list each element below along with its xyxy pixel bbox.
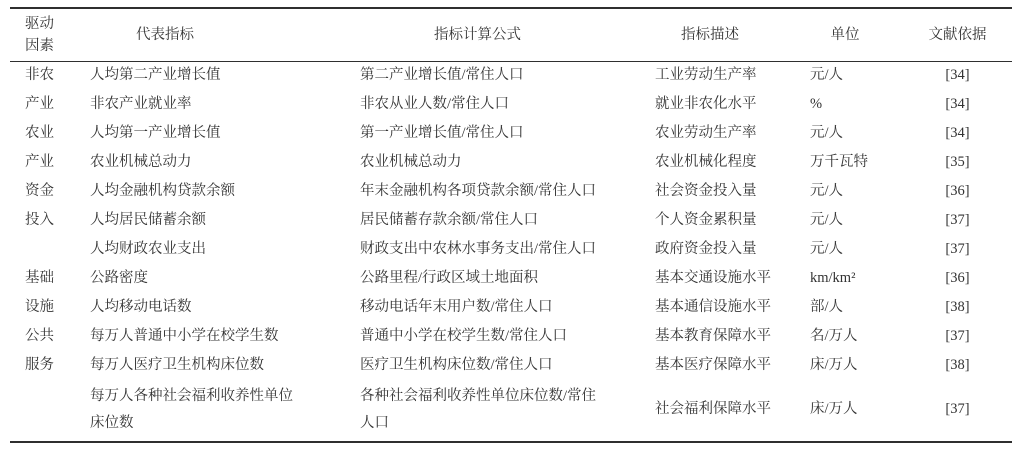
table-row: 设施 人均移动电话数 移动电话年末用户数/常住人口 基本通信设施水平 部/人 [… xyxy=(25,293,1005,322)
cell-unit: 万千瓦特 xyxy=(810,148,898,177)
table-row: 非农 人均第二产业增长值 第二产业增长值/常住人口 工业劳动生产率 元/人 [3… xyxy=(25,61,1005,90)
table-bottom-rule xyxy=(10,441,1012,443)
cell-driving-factor: 基础 xyxy=(25,264,90,293)
table-header-row: 驱动 因素 代表指标 指标计算公式 指标描述 单位 文献依据 xyxy=(25,9,1005,61)
cell-driving-factor xyxy=(25,235,90,264)
table-row: 基础 公路密度 公路里程/行政区域土地面积 基本交通设施水平 km/km² [3… xyxy=(25,264,1005,293)
cell-indicator: 公路密度 xyxy=(90,264,360,293)
table-body: 非农 人均第二产业增长值 第二产业增长值/常住人口 工业劳动生产率 元/人 [3… xyxy=(25,61,1005,439)
cell-unit: % xyxy=(810,90,898,119)
cell-description: 基本通信设施水平 xyxy=(655,293,810,322)
table-row: 产业 非农产业就业率 非农从业人数/常住人口 就业非农化水平 % [34] xyxy=(25,90,1005,119)
cell-description: 基本医疗保障水平 xyxy=(655,351,810,380)
header-indicator: 代表指标 xyxy=(90,9,360,61)
cell-reference: [37] xyxy=(898,235,1005,264)
cell-reference: [36] xyxy=(898,177,1005,206)
cell-unit: 元/人 xyxy=(810,235,898,264)
header-formula: 指标计算公式 xyxy=(360,9,655,61)
cell-description: 社会福利保障水平 xyxy=(655,380,810,439)
header-unit: 单位 xyxy=(810,9,898,61)
table-row: 每万人各种社会福利收养性单位床位数 各种社会福利收养性单位床位数/常住人口 社会… xyxy=(25,380,1005,439)
cell-reference: [35] xyxy=(898,148,1005,177)
cell-indicator: 人均居民储蓄余额 xyxy=(90,206,360,235)
cell-unit: 名/万人 xyxy=(810,322,898,351)
paper-table-page: 驱动 因素 代表指标 指标计算公式 指标描述 单位 文献依据 非农 人均第二产业… xyxy=(0,0,1022,457)
cell-unit: 元/人 xyxy=(810,119,898,148)
cell-indicator: 每万人各种社会福利收养性单位床位数 xyxy=(90,380,360,439)
cell-driving-factor: 投入 xyxy=(25,206,90,235)
cell-indicator: 人均财政农业支出 xyxy=(90,235,360,264)
indicator-table: 驱动 因素 代表指标 指标计算公式 指标描述 单位 文献依据 非农 人均第二产业… xyxy=(25,9,1005,439)
cell-description: 社会资金投入量 xyxy=(655,177,810,206)
cell-description: 农业机械化程度 xyxy=(655,148,810,177)
header-driving-factor-line2: 因素 xyxy=(25,35,90,57)
cell-description: 个人资金累积量 xyxy=(655,206,810,235)
cell-formula: 各种社会福利收养性单位床位数/常住人口 xyxy=(360,380,655,439)
cell-reference: [38] xyxy=(898,351,1005,380)
cell-formula: 普通中小学在校学生数/常住人口 xyxy=(360,322,655,351)
cell-unit: 床/万人 xyxy=(810,380,898,439)
cell-reference: [36] xyxy=(898,264,1005,293)
cell-formula: 第一产业增长值/常住人口 xyxy=(360,119,655,148)
cell-unit: 床/万人 xyxy=(810,351,898,380)
cell-indicator: 人均第一产业增长值 xyxy=(90,119,360,148)
table-row: 产业 农业机械总动力 农业机械总动力 农业机械化程度 万千瓦特 [35] xyxy=(25,148,1005,177)
cell-unit: 部/人 xyxy=(810,293,898,322)
cell-driving-factor: 服务 xyxy=(25,351,90,380)
cell-driving-factor: 产业 xyxy=(25,90,90,119)
cell-reference: [34] xyxy=(898,90,1005,119)
cell-reference: [37] xyxy=(898,322,1005,351)
cell-indicator: 农业机械总动力 xyxy=(90,148,360,177)
cell-driving-factor: 公共 xyxy=(25,322,90,351)
cell-formula: 公路里程/行政区域土地面积 xyxy=(360,264,655,293)
cell-reference: [37] xyxy=(898,206,1005,235)
cell-unit: 元/人 xyxy=(810,61,898,90)
cell-indicator: 人均金融机构贷款余额 xyxy=(90,177,360,206)
cell-indicator: 每万人普通中小学在校学生数 xyxy=(90,322,360,351)
cell-driving-factor: 设施 xyxy=(25,293,90,322)
cell-reference: [34] xyxy=(898,61,1005,90)
cell-description: 就业非农化水平 xyxy=(655,90,810,119)
table-row: 公共 每万人普通中小学在校学生数 普通中小学在校学生数/常住人口 基本教育保障水… xyxy=(25,322,1005,351)
cell-driving-factor: 农业 xyxy=(25,119,90,148)
cell-formula: 财政支出中农林水事务支出/常住人口 xyxy=(360,235,655,264)
cell-description: 基本教育保障水平 xyxy=(655,322,810,351)
cell-indicator: 人均移动电话数 xyxy=(90,293,360,322)
cell-formula: 年末金融机构各项贷款余额/常住人口 xyxy=(360,177,655,206)
table-row: 资金 人均金融机构贷款余额 年末金融机构各项贷款余额/常住人口 社会资金投入量 … xyxy=(25,177,1005,206)
cell-driving-factor: 资金 xyxy=(25,177,90,206)
table-row: 人均财政农业支出 财政支出中农林水事务支出/常住人口 政府资金投入量 元/人 [… xyxy=(25,235,1005,264)
header-reference: 文献依据 xyxy=(898,9,1005,61)
cell-driving-factor: 非农 xyxy=(25,61,90,90)
table-row: 投入 人均居民储蓄余额 居民储蓄存款余额/常住人口 个人资金累积量 元/人 [3… xyxy=(25,206,1005,235)
cell-unit: 元/人 xyxy=(810,177,898,206)
cell-formula: 移动电话年末用户数/常住人口 xyxy=(360,293,655,322)
cell-driving-factor: 产业 xyxy=(25,148,90,177)
cell-driving-factor xyxy=(25,380,90,439)
header-driving-factor-line1: 驱动 xyxy=(25,13,90,35)
cell-formula: 非农从业人数/常住人口 xyxy=(360,90,655,119)
cell-reference: [38] xyxy=(898,293,1005,322)
cell-reference: [34] xyxy=(898,119,1005,148)
cell-description: 政府资金投入量 xyxy=(655,235,810,264)
table-row: 服务 每万人医疗卫生机构床位数 医疗卫生机构床位数/常住人口 基本医疗保障水平 … xyxy=(25,351,1005,380)
header-driving-factor: 驱动 因素 xyxy=(25,9,90,61)
cell-description: 工业劳动生产率 xyxy=(655,61,810,90)
cell-unit: km/km² xyxy=(810,264,898,293)
header-description: 指标描述 xyxy=(655,9,810,61)
table-row: 农业 人均第一产业增长值 第一产业增长值/常住人口 农业劳动生产率 元/人 [3… xyxy=(25,119,1005,148)
cell-indicator: 非农产业就业率 xyxy=(90,90,360,119)
cell-formula: 第二产业增长值/常住人口 xyxy=(360,61,655,90)
cell-formula: 医疗卫生机构床位数/常住人口 xyxy=(360,351,655,380)
cell-description: 农业劳动生产率 xyxy=(655,119,810,148)
cell-description: 基本交通设施水平 xyxy=(655,264,810,293)
cell-formula: 居民储蓄存款余额/常住人口 xyxy=(360,206,655,235)
cell-indicator: 每万人医疗卫生机构床位数 xyxy=(90,351,360,380)
cell-indicator: 人均第二产业增长值 xyxy=(90,61,360,90)
cell-formula: 农业机械总动力 xyxy=(360,148,655,177)
cell-unit: 元/人 xyxy=(810,206,898,235)
cell-reference: [37] xyxy=(898,380,1005,439)
